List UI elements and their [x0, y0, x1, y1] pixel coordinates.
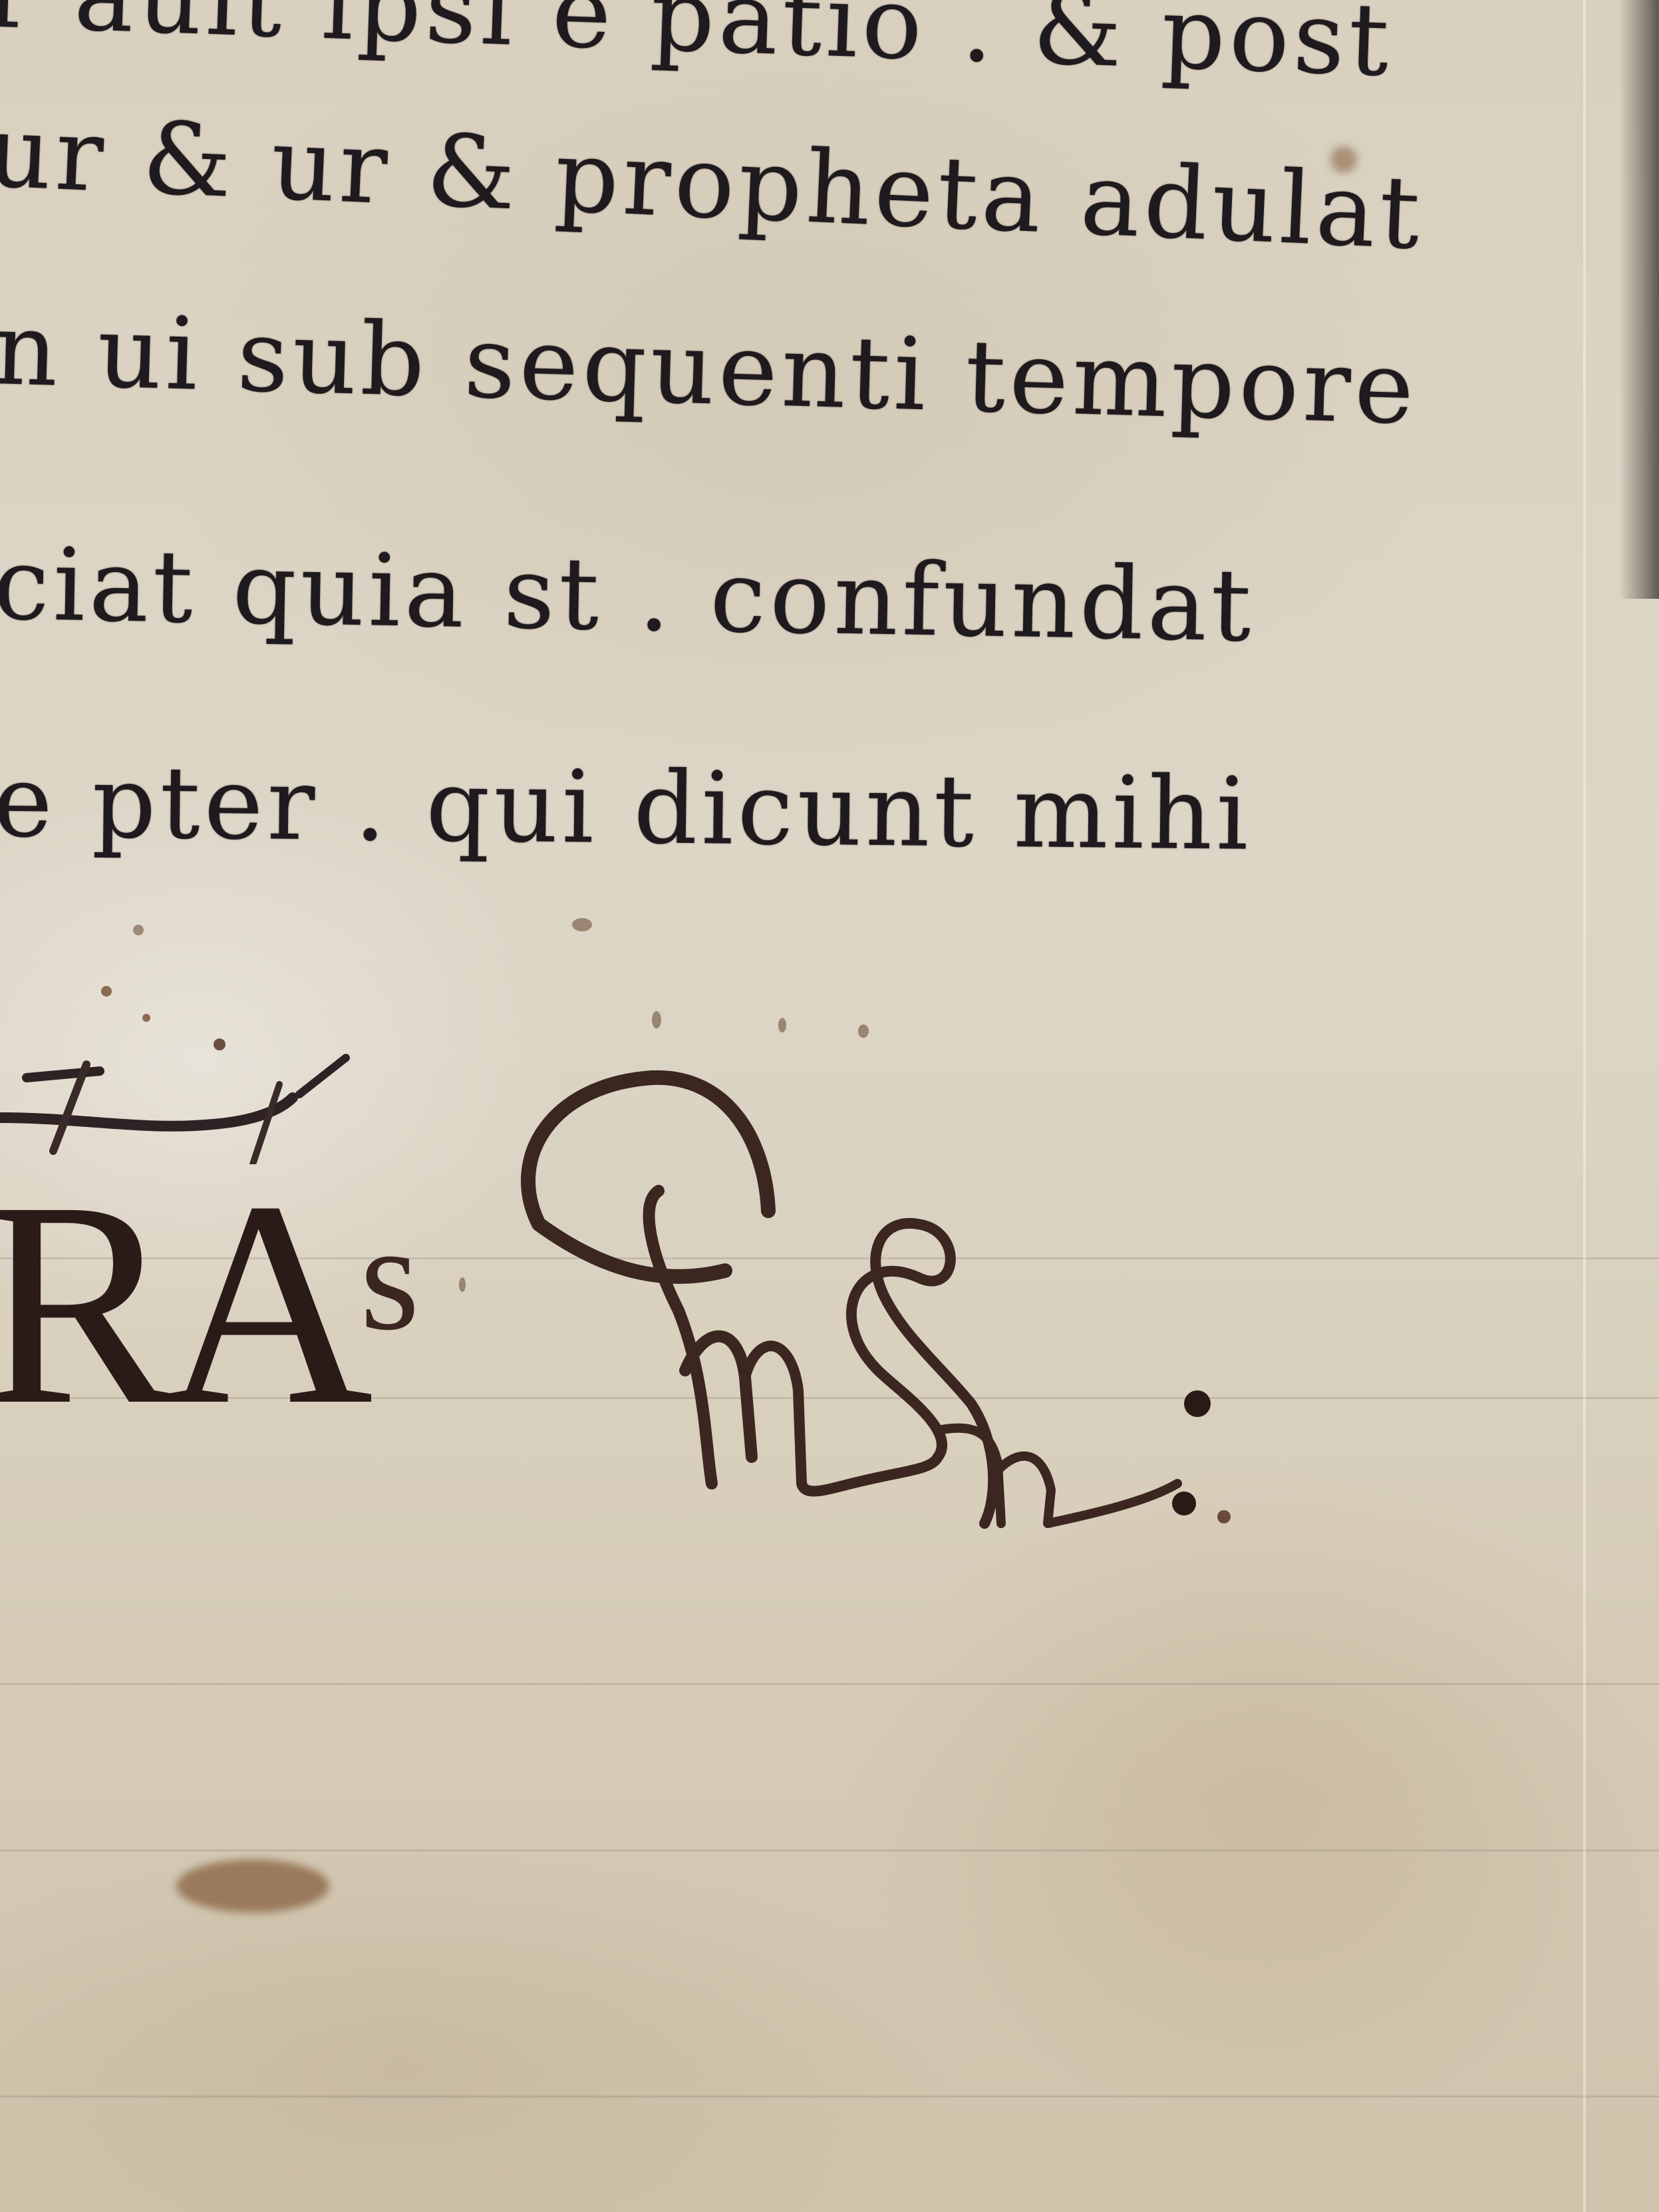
- ink-stain: [1330, 146, 1357, 173]
- speck: [572, 918, 592, 931]
- explicit-capital-letters: RA: [0, 1142, 360, 1466]
- manuscript-page: r auit ipsi e patio . & post ur & ur & p…: [0, 0, 1659, 2212]
- text-line-2: ur & ur & propheta adulat: [0, 102, 1426, 264]
- speck: [778, 1018, 786, 1032]
- explicit-capitals: RAs: [0, 1158, 420, 1450]
- page-edge-shadow: [1619, 0, 1659, 599]
- ruling-line: [0, 1683, 1659, 1685]
- marginal-pen-flourish-icon: [0, 951, 373, 1164]
- text-line-3: n ui sub sequenti tempore: [0, 299, 1419, 439]
- speck: [133, 925, 144, 935]
- speck: [652, 1011, 661, 1028]
- speck: [459, 1277, 466, 1292]
- speck: [858, 1025, 869, 1038]
- ruling-line: [0, 1849, 1659, 1851]
- page-crease: [1583, 0, 1586, 2212]
- ruling-line: [0, 2096, 1659, 2098]
- text-line-4: ciat quia st . confundat: [0, 534, 1256, 656]
- explicit-superscript-s: s: [360, 1192, 420, 1362]
- text-line-5: e pter . qui dicunt mihi: [0, 752, 1253, 865]
- ink-stain: [176, 1859, 329, 1913]
- text-line-1: r auit ipsi e patio . & post: [0, 0, 1394, 91]
- colophon-flourish-icon: [506, 1058, 1337, 1537]
